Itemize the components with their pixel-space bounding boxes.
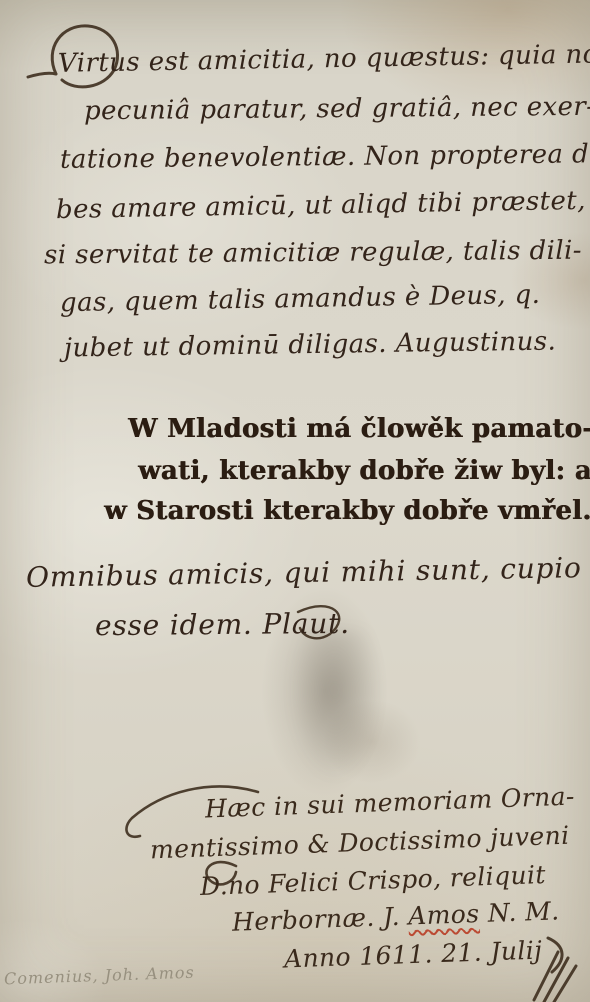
czech-quote-line: W Mladosti má člowěk pamato-: [128, 414, 590, 444]
signature-name-underlined: Amos: [408, 899, 480, 930]
augustine-quote-line: tatione benevolentiæ. Non propterea de-: [60, 139, 590, 175]
plautus-quote-line: Omnibus amicis, qui mihi sunt, cupio: [26, 551, 582, 594]
augustine-quote-line: si servitat te amicitiæ regulæ, talis di…: [44, 236, 582, 271]
pencil-annotation: Comenius, Joh. Amos: [4, 963, 195, 989]
signature-line: Herbornæ. J. Amos N. M.: [232, 896, 560, 936]
plautus-quote-line: esse idem. Plaut.: [95, 607, 350, 642]
dedication-line: Hæc in sui memoriam Orna-: [205, 782, 576, 824]
date-line: Anno 1611. 21. Julij: [284, 936, 543, 974]
czech-quote-line: wati, kterakby dobře žiw byl: a: [138, 456, 590, 486]
augustine-quote-line: jubet ut dominū diligas. Augustinus.: [64, 327, 557, 364]
augustine-quote-line: Virtus est amicitia, no quæstus: quia no…: [58, 39, 590, 79]
ink-smudge-stain: [290, 630, 380, 780]
augustine-quote-line: bes amare amicū, ut aliqd tibi præstet, …: [56, 185, 590, 225]
augustine-quote-line: gas, quem talis amandus è Deus, q.: [60, 280, 541, 318]
czech-quote-line: w Starosti kterakby dobře vmřel.: [104, 496, 590, 526]
dedication-line: D.no Felici Crispo, reliquit: [200, 860, 547, 901]
manuscript-page: Virtus est amicitia, no quæstus: quia no…: [0, 0, 590, 1002]
augustine-quote-line: pecuniâ paratur, sed gratiâ, nec exer-: [84, 92, 590, 126]
signature-place: Herbornæ. J.: [232, 902, 409, 937]
signature-initials: N. M.: [479, 896, 560, 928]
dedication-line: mentissimo & Doctissimo juveni: [150, 821, 570, 865]
